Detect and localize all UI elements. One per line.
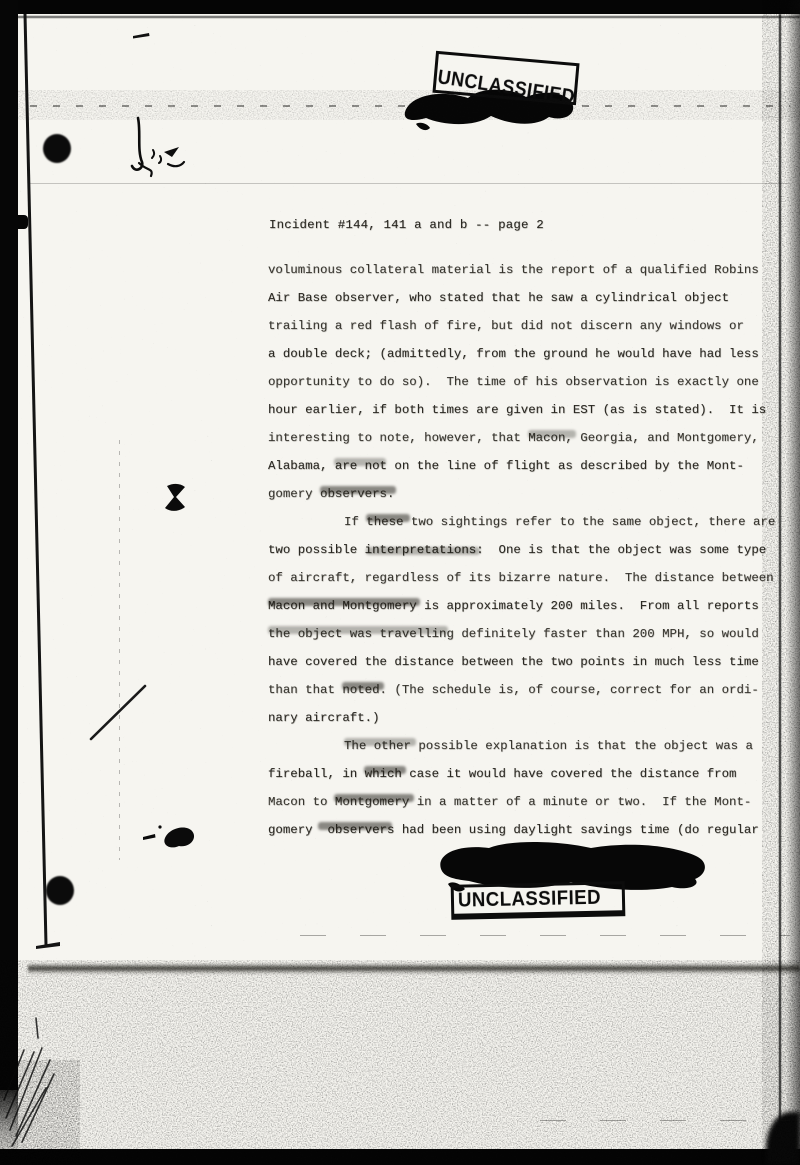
ink-smudge <box>342 682 384 690</box>
text-line: Macon and Montgomery is approximately 20… <box>268 592 783 620</box>
scan-border-top-echo <box>0 16 800 18</box>
text-line: than that noted. (The schedule is, of co… <box>268 676 783 704</box>
scan-border-left <box>0 0 18 1090</box>
ink-smudge <box>334 794 414 802</box>
text-line: the object was travelling definitely fas… <box>268 620 783 648</box>
text-line: two possible interpretations: One is tha… <box>268 536 783 564</box>
text-line: If these two sightings refer to the same… <box>268 508 783 536</box>
text-line: opportunity to do so). The time of his o… <box>268 368 783 396</box>
hole-punch <box>46 876 74 905</box>
text-line: nary aircraft.) <box>268 704 783 732</box>
bowtie-ink-mark <box>165 484 185 511</box>
text-line: gomery observers. <box>268 480 783 508</box>
ink-smudge <box>528 430 576 438</box>
text-line: have covered the distance between the tw… <box>268 648 783 676</box>
pen-dash <box>133 33 150 39</box>
text-line: fireball, in which case it would have co… <box>268 760 783 788</box>
unclassified-stamp-bottom: UNCLASSIFIED <box>451 881 626 920</box>
ink-smudge <box>334 458 386 466</box>
hole-punch <box>43 134 71 163</box>
scan-border-left-tick <box>18 215 28 229</box>
artifact-line <box>30 183 790 184</box>
text-line: trailing a red flash of fire, but did no… <box>268 312 783 340</box>
handwritten-marks <box>132 118 184 176</box>
text-line: Air Base observer, who stated that he sa… <box>268 284 783 312</box>
text-line: of aircraft, regardless of its bizarre n… <box>268 564 783 592</box>
unclassified-stamp-top: UNCLASSIFIED <box>432 51 579 105</box>
unclassified-stamp-bottom-text: UNCLASSIFIED <box>458 886 601 912</box>
ink-blob <box>143 825 194 847</box>
ink-smudge <box>364 766 406 774</box>
ink-smudge <box>268 598 420 606</box>
pencil-slash <box>91 686 145 739</box>
inner-page-bottom-edge <box>28 963 800 975</box>
paragraph-2: If these two sightings refer to the same… <box>268 508 783 732</box>
text-line: Alabama, are not on the line of flight a… <box>268 452 783 480</box>
ink-smudge <box>344 738 416 746</box>
text-line: The other possible explanation is that t… <box>268 732 783 760</box>
ink-smudge <box>318 822 392 830</box>
scan-border-right <box>786 0 800 1165</box>
artifact-line <box>540 1120 790 1121</box>
fold-line <box>119 440 120 860</box>
ink-smudge <box>366 514 410 522</box>
ink-smudge <box>320 486 396 494</box>
text-line: gomery observers had been using daylight… <box>268 816 783 844</box>
text-line: a double deck; (admittedly, from the gro… <box>268 340 783 368</box>
artifact-line <box>300 935 790 936</box>
text-line: hour earlier, if both times are given in… <box>268 396 783 424</box>
artifact-line <box>30 105 790 107</box>
text-line: voluminous collateral material is the re… <box>268 256 783 284</box>
scan-border-top <box>0 0 800 14</box>
document-body: voluminous collateral material is the re… <box>268 256 783 844</box>
ink-smudge <box>268 626 448 634</box>
paragraph-1: voluminous collateral material is the re… <box>268 256 783 508</box>
text-line: interesting to note, however, that Macon… <box>268 424 783 452</box>
text-line: Macon to Montgomery in a matter of a min… <box>268 788 783 816</box>
document-heading: Incident #144, 141 a and b -- page 2 <box>269 218 544 232</box>
scanned-document-page: UNCLASSIFIED UNCLASSIFIED Incident #144,… <box>0 0 800 1165</box>
unclassified-stamp-top-text: UNCLASSIFIED <box>436 66 576 109</box>
ink-smudge <box>366 547 480 555</box>
scan-border-bottom <box>0 1149 800 1165</box>
